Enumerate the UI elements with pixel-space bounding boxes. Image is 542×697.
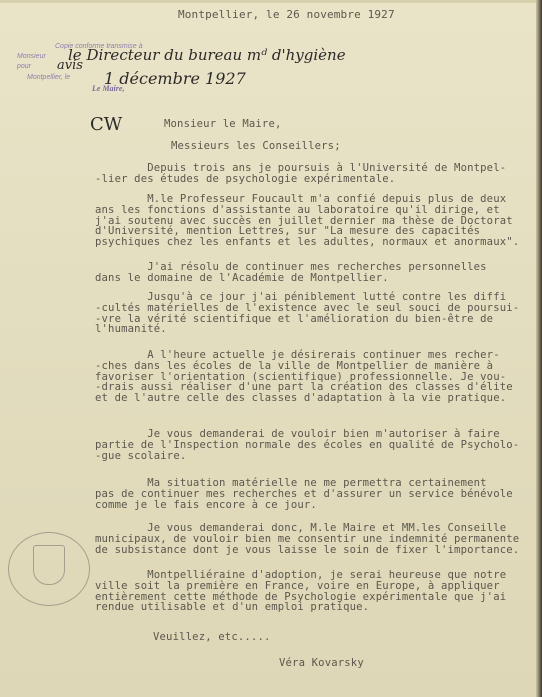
- paragraph-8: Je vous demanderai donc, M.le Maire et M…: [95, 523, 519, 555]
- paper-top-edge: [0, 0, 542, 3]
- handwritten-purpose: avis: [57, 58, 83, 73]
- paragraph-9: Montpelliéraine d'adoption, je serai heu…: [95, 570, 506, 613]
- paper-right-edge: [536, 0, 542, 697]
- salutation-conseillers: Messieurs les Conseillers;: [171, 140, 341, 152]
- paragraph-1: Depuis trois ans je poursuis à l'Univers…: [95, 163, 506, 185]
- paragraph-7: Ma situation matérielle ne me permettra …: [95, 478, 513, 510]
- text-line: psychiques chez les enfants et les adult…: [95, 237, 519, 248]
- text-line: rendue utilisable et d'un emploi pratiqu…: [95, 602, 506, 613]
- stamp-pour-label: pour: [17, 63, 31, 70]
- text-line: -gue scolaire.: [95, 451, 519, 462]
- signature: Véra Kovarsky: [279, 657, 364, 669]
- paragraph-2: M.le Professeur Foucault m'a confié depu…: [95, 194, 519, 248]
- text-line: -cultés matérielles de l'existence avec …: [95, 303, 519, 314]
- handwritten-initials: CW: [90, 114, 122, 135]
- text-line: comme je le fais encore à ce jour.: [95, 500, 513, 511]
- text-line: ans les fonctions d'assistante au labora…: [95, 205, 519, 216]
- handwritten-date: 1 décembre 1927: [104, 69, 246, 88]
- shield-icon: [33, 545, 65, 585]
- handwritten-recipient: le Directeur du bureau mᵈ d'hygiène: [68, 46, 346, 64]
- letter-page: Montpellier, le 26 novembre 1927 Copie c…: [0, 0, 536, 697]
- stamp-montpellier-label: Montpellier, le: [27, 74, 70, 81]
- paragraph-3: J'ai résolu de continuer mes recherches …: [95, 262, 487, 284]
- paragraph-5: A l'heure actuelle je désirerais continu…: [95, 350, 513, 404]
- text-line: -ches dans les écoles de la ville de Mon…: [95, 361, 513, 372]
- dateline: Montpellier, le 26 novembre 1927: [178, 8, 395, 21]
- text-line: -lier des études de psychologie expérime…: [95, 174, 506, 185]
- closing: Veuillez, etc.....: [153, 631, 271, 643]
- text-line: dans le domaine de l'Académie de Montpel…: [95, 273, 487, 284]
- stamp-monsieur-label: Monsieur: [17, 53, 46, 60]
- municipal-seal-icon: [8, 532, 90, 606]
- text-line: l'humanité.: [95, 324, 519, 335]
- text-line: et de l'autre celle des classes d'adapta…: [95, 393, 513, 404]
- text-line: pas de continuer mes recherches et d'ass…: [95, 489, 513, 500]
- text-line: partie de l'Inspection normale des école…: [95, 440, 519, 451]
- text-line: municipaux, de vouloir bien me consentir…: [95, 534, 519, 545]
- salutation-maire: Monsieur le Maire,: [164, 118, 282, 130]
- paragraph-6: Je vous demanderai de vouloir bien m'aut…: [95, 429, 519, 461]
- paragraph-4: Jusqu'à ce jour j'ai péniblement lutté c…: [95, 292, 519, 335]
- text-line: ville soit la première en France, voire …: [95, 581, 506, 592]
- text-line: de subsistance dont je vous laisse le so…: [95, 545, 519, 556]
